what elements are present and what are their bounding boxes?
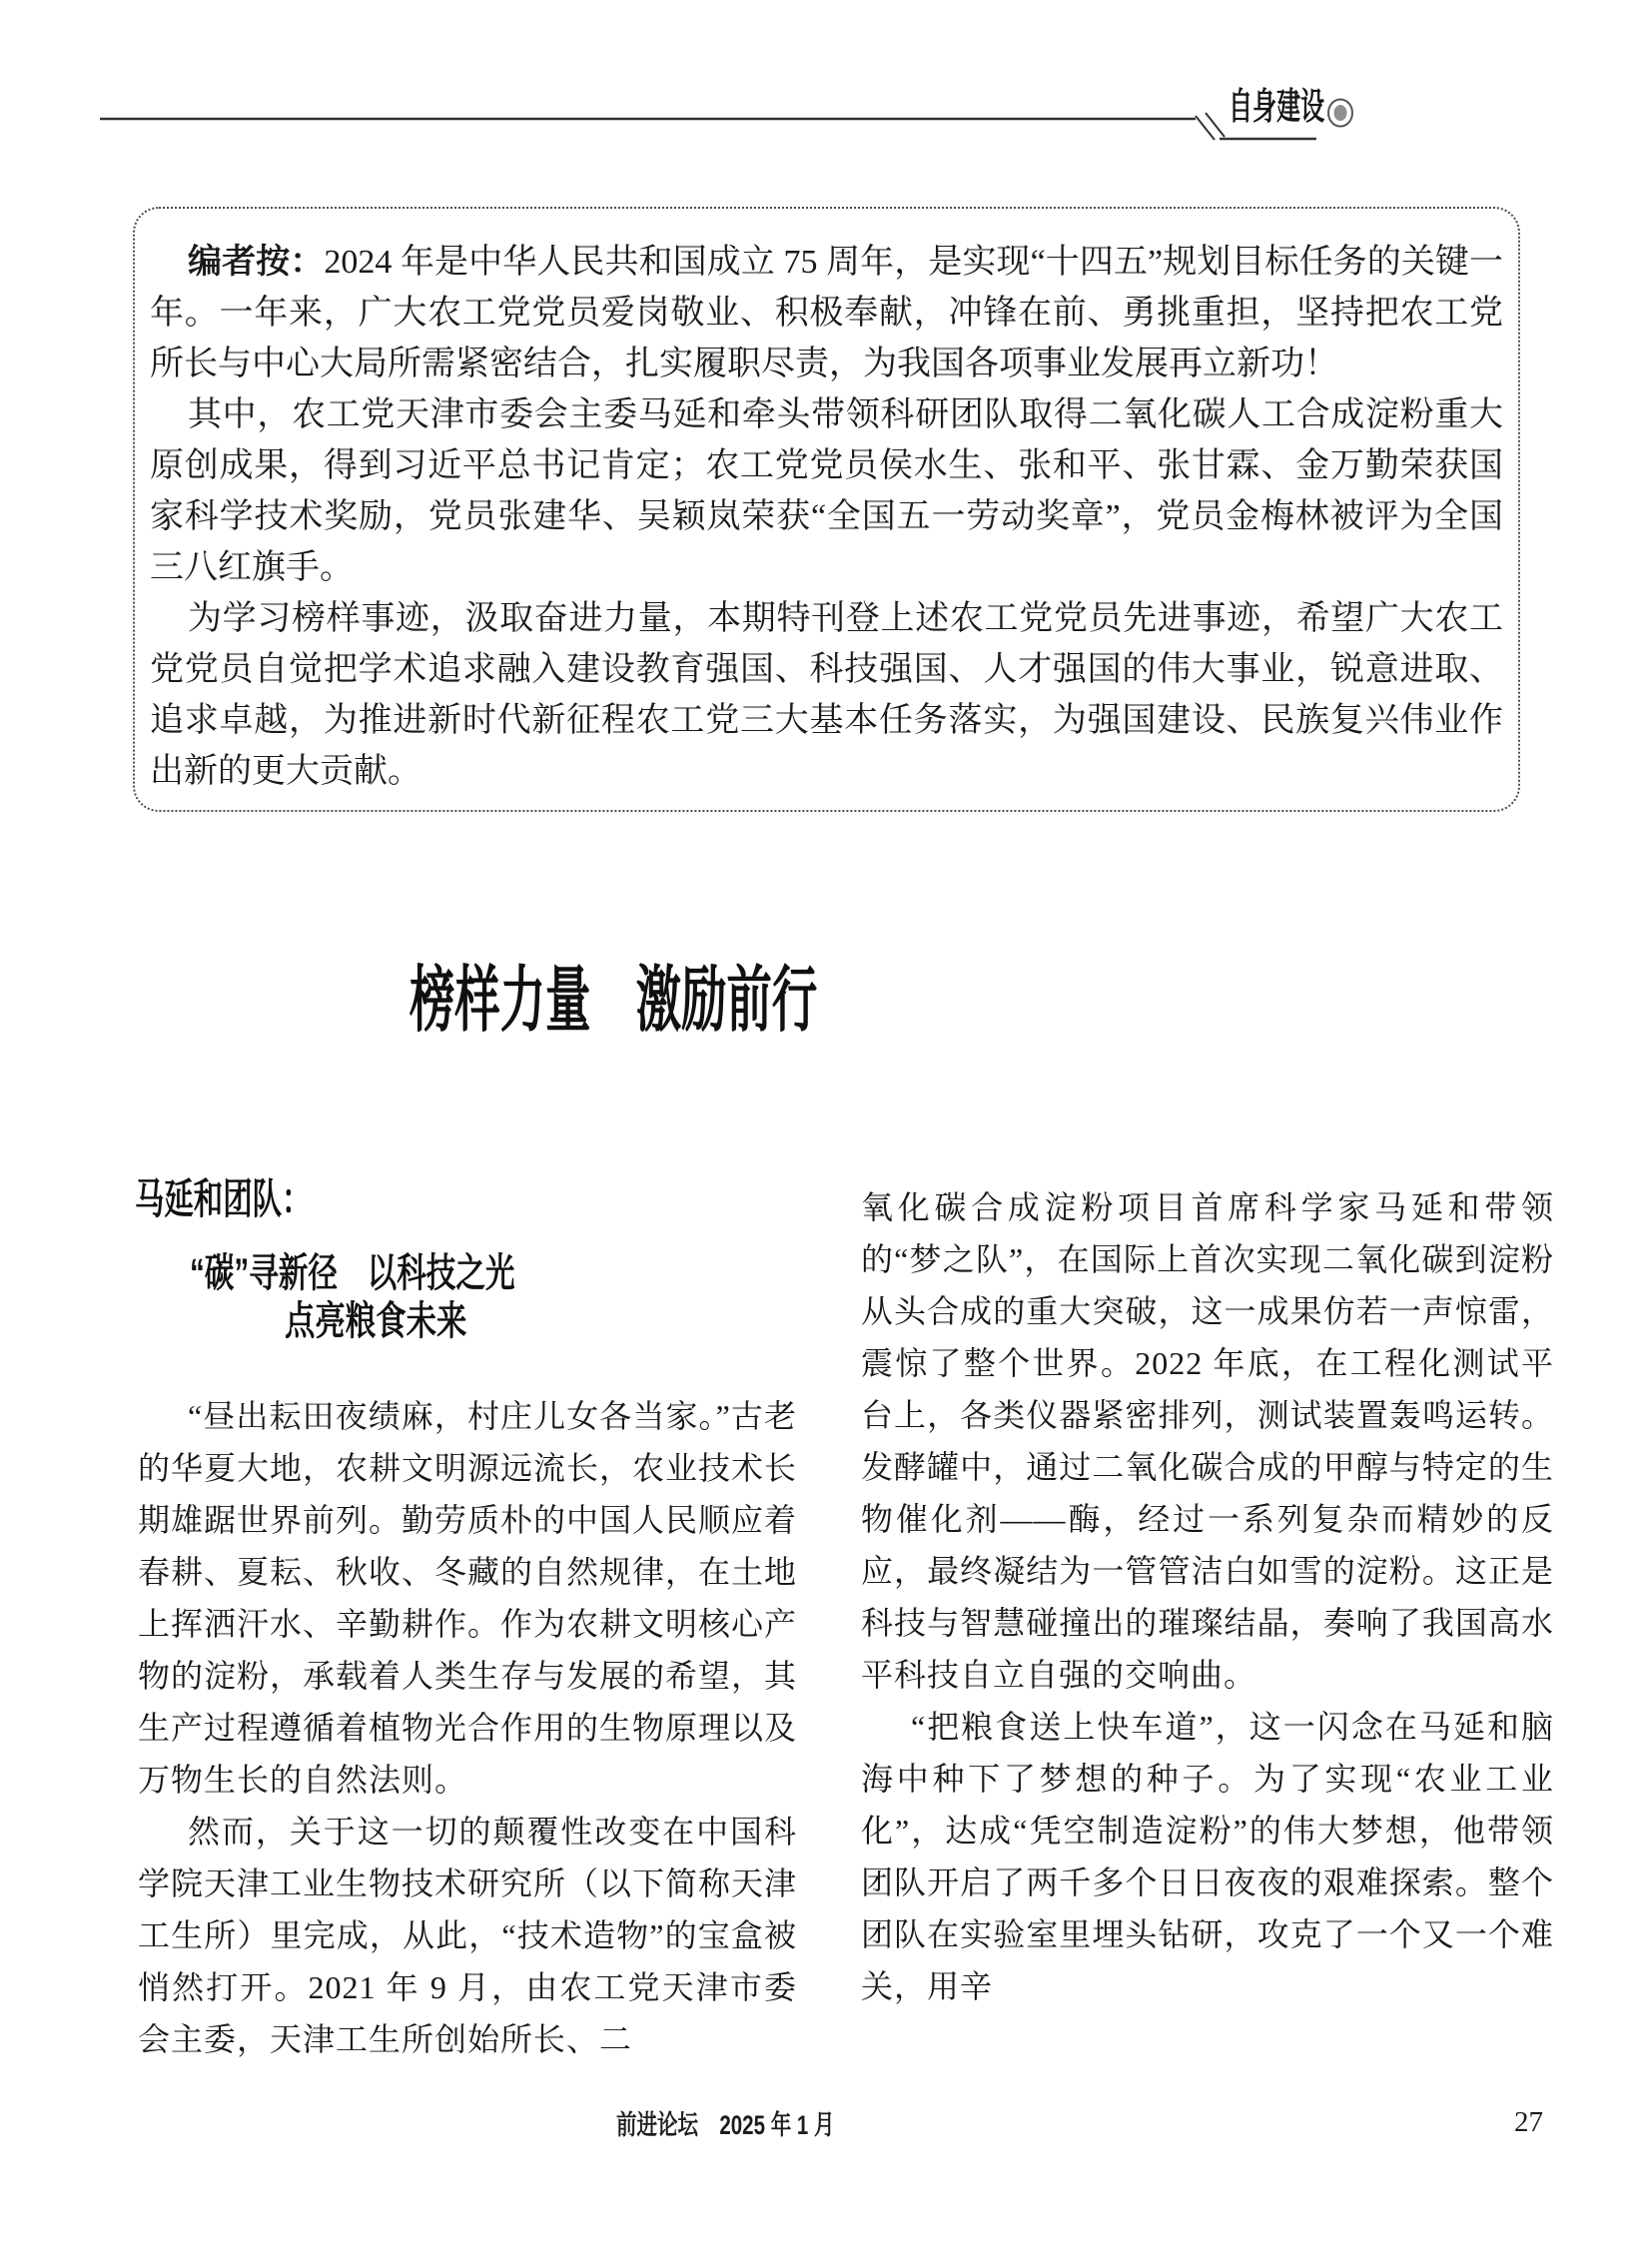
paragraph: 然而，关于这一切的颠覆性改变在中国科学院天津工业生物技术研究所（以下简称天津工生… [138,1806,797,2065]
section-label: 自身建设 [1229,88,1324,125]
editor-note-paragraph: 编者按：2024 年是中华人民共和国成立 75 周年，是实现“十四五”规划目标任… [150,237,1503,389]
right-column: 氧化碳合成淀粉项目首席科学家马延和带领的“梦之队”，在国际上首次实现二氧化碳到淀… [861,1181,1554,2012]
article-subtitle-line1: “碳”寻新径 以科技之光 [190,1251,515,1295]
footer-issue: 2025 年 1 月 [719,2109,834,2141]
editor-note-label: 编者按： [188,243,324,281]
article-subtitle-line2: 点亮粮食未来 [285,1299,466,1343]
page-footer: 前进论坛 2025 年 1 月 [616,2109,835,2141]
editor-note-text-1: 2024 年是中华人民共和国成立 75 周年，是实现“十四五”规划目标任务的关键… [150,244,1503,382]
paragraph: “把粮食送上快车道”，这一闪念在马延和脑海中种下了梦想的种子。为了实现“农业工业… [861,1701,1554,2012]
section-bullet-icon [1326,98,1354,128]
editor-note-paragraph: 为学习榜样事迹，汲取奋进力量，本期特刊登上述农工党党员先进事迹，希望广大农工党党… [150,593,1503,797]
team-heading: 马延和团队： [135,1176,311,1222]
paragraph: 氧化碳合成淀粉项目首席科学家马延和带领的“梦之队”，在国际上首次实现二氧化碳到淀… [861,1181,1554,1701]
left-column: “昼出耘田夜绩麻，村庄儿女各当家。”古老的华夏大地，农耕文明源远流长，农业技术长… [138,1390,797,2065]
header-rule [0,90,1652,160]
page-number: 27 [1514,2105,1543,2140]
editor-note-box: 编者按：2024 年是中华人民共和国成立 75 周年，是实现“十四五”规划目标任… [133,207,1520,812]
article-title: 榜样力量 激励前行 [410,963,817,1041]
editor-note-paragraph: 其中，农工党天津市委会主委马延和牵头带领科研团队取得二氧化碳人工合成淀粉重大原创… [150,389,1503,593]
paragraph: “昼出耘田夜绩麻，村庄儿女各当家。”古老的华夏大地，农耕文明源远流长，农业技术长… [138,1390,797,1806]
magazine-page: 自身建设 编者按：2024 年是中华人民共和国成立 75 周年，是实现“十四五”… [0,0,1652,2242]
footer-journal: 前进论坛 [616,2109,698,2141]
